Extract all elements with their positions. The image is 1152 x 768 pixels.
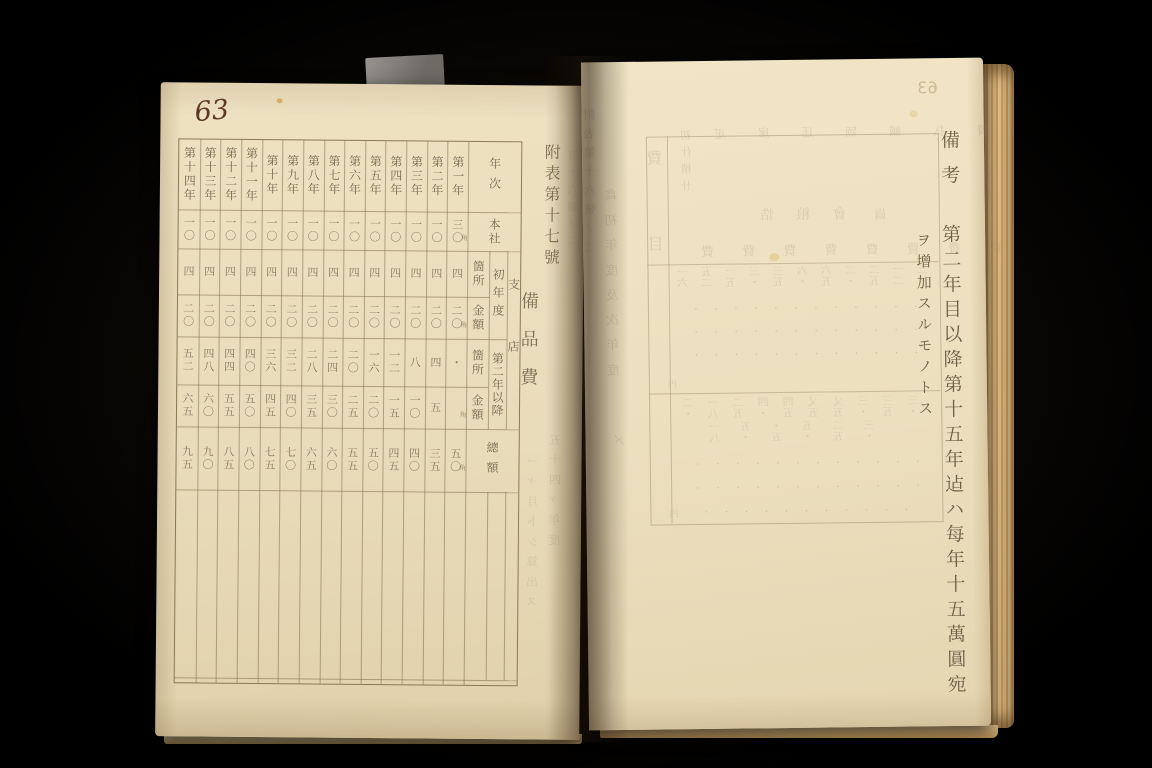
table-cell: 二〇 (198, 295, 219, 337)
table-cell: 一二 (384, 338, 405, 386)
bleedthrough-text: 樖初年度及次年度 (606, 188, 621, 388)
table-cell: 四 (364, 250, 385, 296)
table-cell: 一〇 (344, 211, 365, 250)
table-cell: 七五 (259, 427, 280, 490)
table-cell: 三二 (280, 337, 301, 385)
table-column-line (486, 492, 489, 680)
table-cell: 四 (302, 249, 323, 295)
table-cell: 四 (343, 250, 364, 296)
table-cell: 四 (405, 250, 426, 296)
table-cell: 三六 (260, 337, 281, 385)
table-cell: 九五 (176, 426, 197, 489)
table-cell: 二〇 (281, 295, 302, 337)
table-cell: 四〇 (239, 337, 260, 385)
table-cell: 六〇 (197, 384, 218, 426)
table-cell: ・ (446, 339, 467, 387)
year-header: 第十四年 (179, 141, 200, 207)
year-header: 第十年 (261, 142, 282, 208)
stain (277, 98, 283, 103)
table-cell: 五二 (177, 336, 198, 384)
table-cell: 五 (425, 386, 446, 428)
table-cell: 二〇 (342, 338, 363, 386)
table-cell: 六五 (300, 427, 321, 490)
table-cell: 二〇 (425, 296, 446, 338)
table-cell: 三五 (301, 385, 322, 427)
row-label-total: 總額 (465, 429, 519, 492)
table-cell: 一〇 (385, 211, 406, 250)
table-cell: 二〇 (405, 296, 426, 338)
row-label-first-year: 初年度 (489, 251, 508, 339)
table-cell: 七〇 (280, 427, 301, 490)
table-cell: 二〇 (260, 295, 281, 337)
bleedthrough-text: 附表第十六號ノ二 (583, 108, 597, 260)
remarks-title: 備考 (939, 130, 959, 200)
left-page-content: 63 附表第十七號 備品費 第一年三〇角四二〇角・角五〇角第二年一〇四二〇四五三… (155, 82, 585, 740)
table-cell: 一六 (363, 338, 384, 386)
table-cell: 一〇 (220, 210, 241, 249)
table-cell: 三五 (424, 428, 445, 491)
row-label-amount: 金額 (466, 387, 488, 429)
table-cell: 一〇 (178, 209, 199, 248)
bleedthrough-text: 五十四ヶ年度 (549, 434, 562, 554)
year-header: 第九年 (282, 142, 303, 208)
table-cell: 五〇角 (445, 429, 466, 492)
bleedthrough-text: 一ヶ月卜シ算出ス (526, 455, 539, 615)
year-header: 第六年 (344, 143, 365, 209)
ledger-table: 第一年三〇角四二〇角・角五〇角第二年一〇四二〇四五三五第三年一〇四二〇八一〇四〇… (174, 138, 523, 686)
table-cell: 五五 (218, 385, 239, 427)
stain (910, 110, 918, 117)
stub-header-year: 年次 (468, 142, 522, 212)
table-cell: 一〇 (364, 211, 385, 250)
table-cell: 四 (178, 248, 199, 294)
table-cell: 四〇 (280, 385, 301, 427)
page-number: 63 (193, 94, 230, 128)
table-cell: 九〇 (197, 426, 218, 489)
table-cell: 二〇 (240, 295, 261, 337)
table-cell: 四 (384, 250, 405, 296)
year-header: 第十二年 (220, 142, 241, 208)
remark-line-1: 第二年目以降第十五年迠ハ每年十五萬圓宛 (940, 224, 965, 699)
table-cell: 八 (404, 338, 425, 386)
left-page: 63 附表第十七號 備品費 第一年三〇角四二〇角・角五〇角第二年一〇四二〇四五三… (155, 82, 585, 740)
table-cell: 二〇 (178, 294, 199, 336)
table-cell: 一〇 (404, 386, 425, 428)
table-cell: 三〇角 (447, 212, 468, 251)
table-cell: 五〇 (239, 385, 260, 427)
mirrored-page-number: 63 (917, 78, 938, 97)
table-cell: 四 (426, 250, 447, 296)
table-cell: 一〇 (323, 211, 344, 250)
row-label-amount: 金額 (467, 297, 489, 339)
year-header: 第十一年 (241, 142, 262, 208)
year-header: 第二年 (426, 143, 447, 209)
table-title: 附表第十七號 (542, 144, 559, 270)
table-cell: 一〇 (426, 211, 447, 250)
table-cell: 二〇 (363, 296, 384, 338)
table-cell: 四 (240, 249, 261, 295)
table-cell: 四〇 (403, 428, 424, 491)
table-cell: 五〇 (362, 428, 383, 491)
table-cell: 一〇 (240, 210, 261, 249)
table-cell: 四 (199, 249, 220, 295)
table-cell: 二〇 (322, 296, 343, 338)
table-cell: 一〇 (199, 210, 220, 249)
year-header: 第十三年 (199, 142, 220, 208)
table-cell: 四五 (383, 428, 404, 491)
table-cell: 二〇 (219, 295, 240, 337)
table-cell: 一五 (383, 386, 404, 428)
bleedthrough-table-grid (646, 133, 944, 526)
table-cell: 二〇 (363, 386, 384, 428)
table-row-line (175, 677, 517, 681)
row-label-locations: 箇所 (467, 251, 489, 297)
row-label-branch: 支店 (506, 251, 521, 429)
table-cell: 二八 (301, 337, 322, 385)
bleedthrough-text: 〆 (613, 434, 625, 446)
remark-line-2: ヲ增加スルモノトス (915, 232, 932, 421)
table-cell: 二四 (322, 338, 343, 386)
table-cell: 四 (219, 249, 240, 295)
table-cell: 四 (281, 249, 302, 295)
year-header: 第三年 (406, 143, 427, 209)
table-column-line (504, 492, 507, 680)
year-header: 第四年 (385, 143, 406, 209)
table-cell: 一〇 (282, 210, 303, 249)
year-header: 第五年 (365, 143, 386, 209)
table-cell: 八五 (218, 427, 239, 490)
right-page: 備考 第二年目以降第十五年迠ハ每年十五萬圓宛 ヲ增加スルモノトス 63 費目初什… (581, 58, 991, 731)
table-cell: 六五 (177, 384, 198, 426)
row-label-locations: 箇所 (466, 339, 488, 387)
table-cell: 四 (446, 251, 467, 297)
table-cell: 四五 (259, 385, 280, 427)
table-cell: 一〇 (405, 211, 426, 250)
table-cell: 三〇 (321, 386, 342, 428)
table-cell: 角 (445, 387, 466, 429)
table-cell: 二五 (342, 386, 363, 428)
table-cell: 四 (425, 338, 446, 386)
photo-of-open-ledger-book: 63 附表第十七號 備品費 第一年三〇角四二〇角・角五〇角第二年一〇四二〇四五三… (0, 0, 1152, 768)
bleedthrough-text: 第十六號ノ二 (567, 150, 579, 252)
table-cell: 四 (261, 249, 282, 295)
table-cell: 五五 (341, 428, 362, 491)
year-header: 第七年 (323, 143, 344, 209)
table-cell: 四四 (219, 337, 240, 385)
row-label-head-office: 本社 (467, 212, 520, 251)
row-label-later-years: 第二年以降 (488, 339, 507, 429)
table-cell: 一〇 (261, 210, 282, 249)
table-cell: 四 (323, 250, 344, 296)
table-cell: 二〇 (301, 295, 322, 337)
year-header: 第一年 (447, 144, 468, 210)
table-cell: 一〇 (302, 210, 323, 249)
right-page-content: 備考 第二年目以降第十五年迠ハ每年十五萬圓宛 ヲ增加スルモノトス 63 費目初什… (581, 58, 991, 731)
table-cell: 二〇角 (446, 297, 467, 339)
table-cell: 八〇 (238, 427, 259, 490)
table-cell: 六〇 (321, 428, 342, 491)
table-cell: 四八 (198, 336, 219, 384)
year-header: 第八年 (303, 142, 324, 208)
unit-note: 角 (460, 320, 467, 329)
table-cell: 二〇 (384, 296, 405, 338)
table-cell: 二〇 (343, 296, 364, 338)
